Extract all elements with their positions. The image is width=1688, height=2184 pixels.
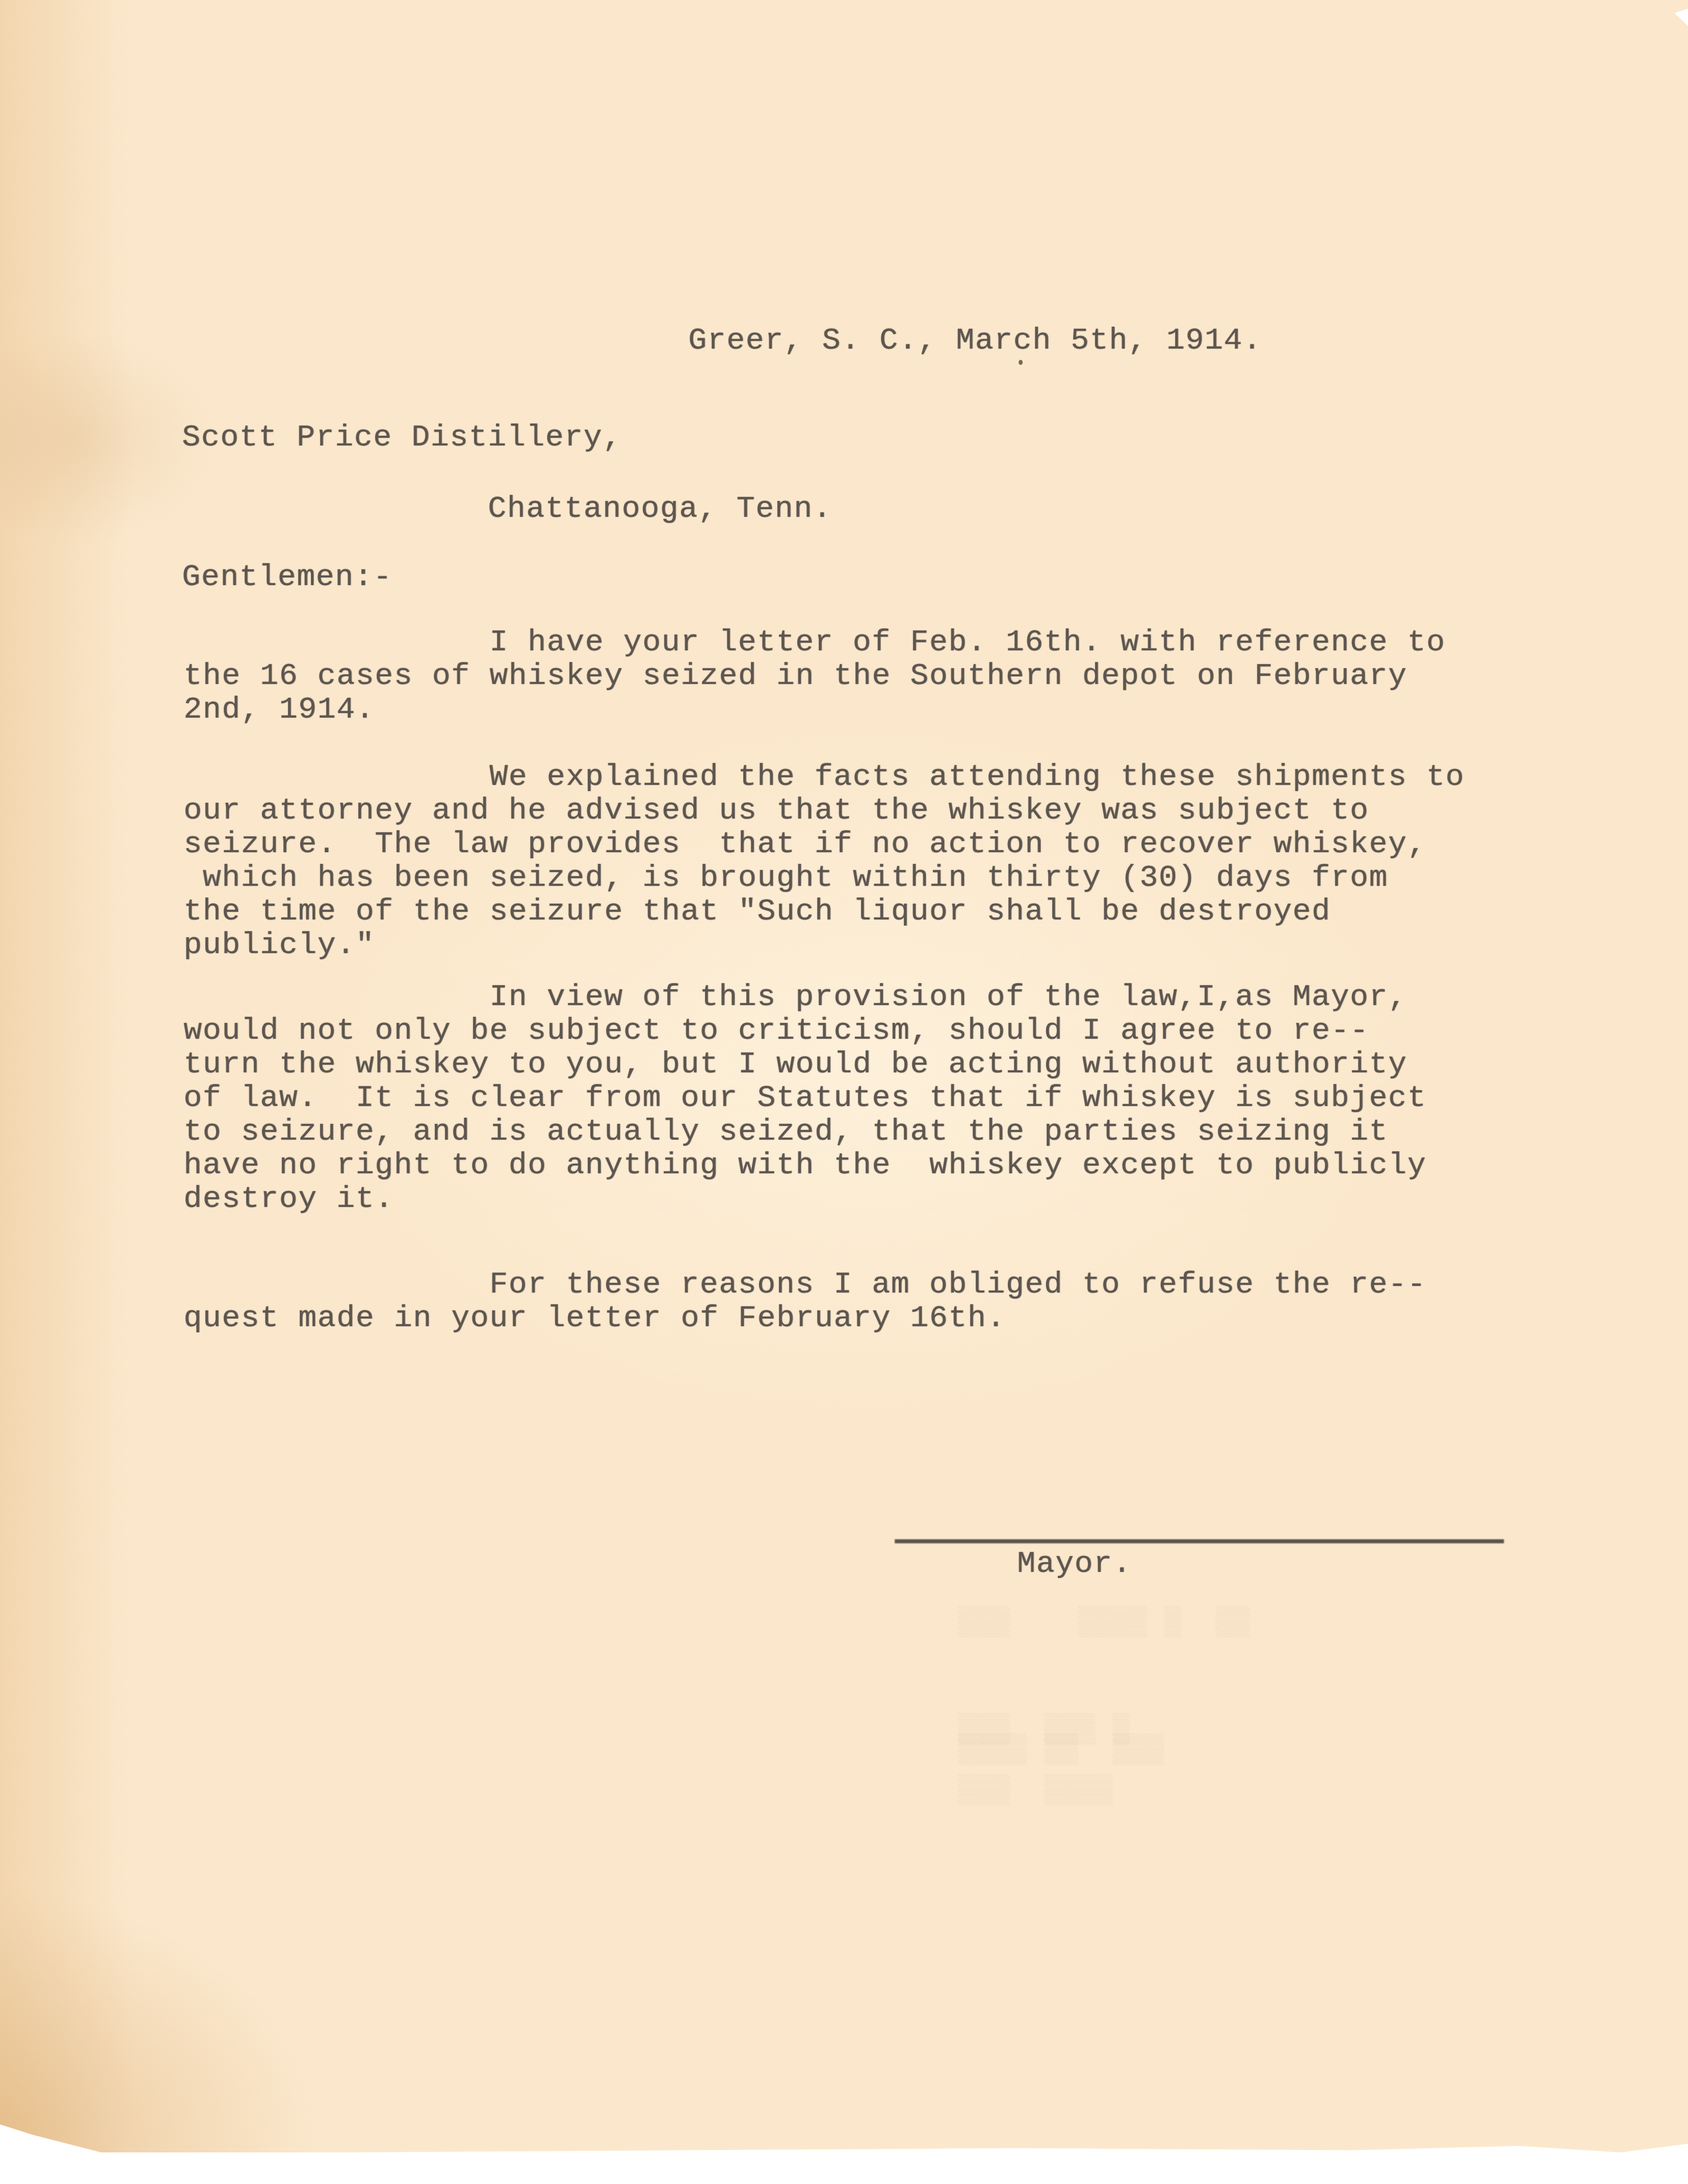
paragraph-line: publicly." <box>184 929 375 962</box>
bleed-through-text: ▒▒▒ ▒▒ ▒▒▒▒ <box>958 1733 1250 1767</box>
signature-title: Mayor. <box>1017 1547 1132 1581</box>
paragraph-line: quest made in your letter of February 16… <box>184 1302 1006 1335</box>
paragraph-line: have no right to do anything with the wh… <box>184 1149 1426 1182</box>
signature-line <box>895 1539 1504 1543</box>
letter-paper: ▒▒ ▒ ▒▒▒▒ ▒▒▒ ▒ ▒▒▒ ▒▒▒ ▒▒▒ ▒▒ ▒▒▒▒ ▒▒▒▒… <box>0 0 1688 2161</box>
paragraph-line: For these reasons I am obliged to refuse… <box>489 1268 1426 1302</box>
paragraph-line: would not only be subject to criticism, … <box>184 1014 1369 1048</box>
paragraph-line: I have your letter of Feb. 16th. with re… <box>489 626 1445 660</box>
addressee-name: Scott Price Distillery, <box>182 421 622 455</box>
bleed-through-text: ▒▒▒▒ ▒▒▒ <box>958 1774 1250 1807</box>
date-line: Greer, S. C., March 5th, 1914. <box>688 324 1262 358</box>
paragraph-line: destroy it. <box>184 1182 394 1216</box>
paragraph-line: seizure. The law provides that if no act… <box>184 828 1426 861</box>
salutation: Gentlemen:- <box>182 561 393 594</box>
paragraph-line: of law. It is clear from our Statutes th… <box>184 1082 1426 1115</box>
bleed-through-text: ▒▒ ▒ ▒▒▒▒ ▒▒▒ <box>958 1606 1284 1639</box>
ink-speck <box>1019 360 1023 365</box>
paragraph-line: the 16 cases of whiskey seized in the So… <box>184 660 1407 693</box>
paragraph-line: We explained the facts attending these s… <box>489 760 1465 794</box>
paragraph-line: our attorney and he advised us that the … <box>184 794 1369 828</box>
paragraph-line: to seizure, and is actually seized, that… <box>184 1115 1388 1149</box>
addressee-city: Chattanooga, Tenn. <box>488 492 832 526</box>
paragraph-line: which has been seized, is brought within… <box>184 861 1388 895</box>
paragraph-line: the time of the seizure that "Such liquo… <box>184 895 1331 929</box>
paragraph-line: 2nd, 1914. <box>184 693 375 727</box>
paragraph-line: In view of this provision of the law,I,a… <box>489 981 1407 1014</box>
paragraph-line: turn the whiskey to you, but I would be … <box>184 1048 1407 1082</box>
